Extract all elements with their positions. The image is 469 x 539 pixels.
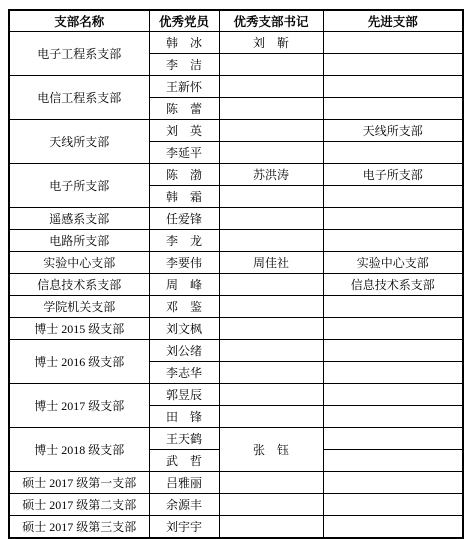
member-cell: 周 峰 <box>149 274 219 296</box>
table-row: 硕士 2017 级第一支部 吕雅丽 <box>9 472 463 494</box>
secretary-cell: 苏洪涛 <box>219 164 323 186</box>
party-branch-award-table: 支部名称 优秀党员 优秀支部书记 先进支部 电子工程系支部 韩 冰 刘 靳 李 … <box>8 9 464 539</box>
table-row: 电子所支部 陈 渤 苏洪涛 电子所支部 <box>9 164 463 186</box>
member-cell: 余源丰 <box>149 494 219 516</box>
member-cell: 李 洁 <box>149 54 219 76</box>
advanced-cell <box>323 428 463 450</box>
member-cell: 王新怀 <box>149 76 219 98</box>
advanced-cell <box>323 208 463 230</box>
branch-name-cell: 电路所支部 <box>9 230 149 252</box>
member-cell: 李 龙 <box>149 230 219 252</box>
table-row: 博士 2015 级支部 刘文枫 <box>9 318 463 340</box>
secretary-cell <box>219 296 323 318</box>
secretary-cell <box>219 362 323 384</box>
advanced-cell <box>323 142 463 164</box>
member-cell: 武 哲 <box>149 450 219 472</box>
advanced-cell: 信息技术系支部 <box>323 274 463 296</box>
secretary-cell <box>219 98 323 120</box>
secretary-cell <box>219 494 323 516</box>
header-outstanding-secretary: 优秀支部书记 <box>219 10 323 32</box>
secretary-cell <box>219 208 323 230</box>
branch-name-cell: 硕士 2017 级第二支部 <box>9 494 149 516</box>
advanced-cell <box>323 296 463 318</box>
member-cell: 陈 蕾 <box>149 98 219 120</box>
member-cell: 刘公绪 <box>149 340 219 362</box>
advanced-cell <box>323 54 463 76</box>
member-cell: 吕雅丽 <box>149 472 219 494</box>
branch-name-cell: 遥感系支部 <box>9 208 149 230</box>
table-row: 电子工程系支部 韩 冰 刘 靳 <box>9 32 463 54</box>
branch-name-cell: 博士 2016 级支部 <box>9 340 149 384</box>
secretary-cell <box>219 384 323 406</box>
branch-name-cell: 学院机关支部 <box>9 296 149 318</box>
advanced-cell <box>323 516 463 539</box>
member-cell: 刘文枫 <box>149 318 219 340</box>
table-row: 学院机关支部 邓 鉴 <box>9 296 463 318</box>
secretary-cell <box>219 340 323 362</box>
member-cell: 任爱锋 <box>149 208 219 230</box>
table-row: 博士 2018 级支部 王天鹤 张 钰 <box>9 428 463 450</box>
table-row: 信息技术系支部 周 峰 信息技术系支部 <box>9 274 463 296</box>
secretary-cell <box>219 516 323 539</box>
branch-name-cell: 电信工程系支部 <box>9 76 149 120</box>
advanced-cell <box>323 494 463 516</box>
table-row: 电路所支部 李 龙 <box>9 230 463 252</box>
advanced-cell <box>323 362 463 384</box>
table-row: 电信工程系支部 王新怀 <box>9 76 463 98</box>
advanced-cell <box>323 98 463 120</box>
advanced-cell: 天线所支部 <box>323 120 463 142</box>
secretary-cell <box>219 318 323 340</box>
member-cell: 李要伟 <box>149 252 219 274</box>
table-row: 遥感系支部 任爱锋 <box>9 208 463 230</box>
advanced-cell <box>323 406 463 428</box>
secretary-cell <box>219 120 323 142</box>
member-cell: 韩 霜 <box>149 186 219 208</box>
header-advanced-branch: 先进支部 <box>323 10 463 32</box>
advanced-cell <box>323 340 463 362</box>
secretary-cell <box>219 76 323 98</box>
advanced-cell <box>323 384 463 406</box>
secretary-cell <box>219 472 323 494</box>
member-cell: 田 锋 <box>149 406 219 428</box>
secretary-cell <box>219 230 323 252</box>
table-row: 博士 2017 级支部 郭昱辰 <box>9 384 463 406</box>
secretary-cell: 张 钰 <box>219 428 323 472</box>
branch-name-cell: 天线所支部 <box>9 120 149 164</box>
advanced-cell <box>323 32 463 54</box>
table-row: 博士 2016 级支部 刘公绪 <box>9 340 463 362</box>
secretary-cell <box>219 274 323 296</box>
advanced-cell <box>323 472 463 494</box>
member-cell: 邓 鉴 <box>149 296 219 318</box>
table-row: 实验中心支部 李要伟 周佳社 实验中心支部 <box>9 252 463 274</box>
secretary-cell <box>219 406 323 428</box>
header-outstanding-member: 优秀党员 <box>149 10 219 32</box>
advanced-cell <box>323 450 463 472</box>
member-cell: 陈 渤 <box>149 164 219 186</box>
member-cell: 郭昱辰 <box>149 384 219 406</box>
member-cell: 李志华 <box>149 362 219 384</box>
member-cell: 王天鹤 <box>149 428 219 450</box>
header-row: 支部名称 优秀党员 优秀支部书记 先进支部 <box>9 10 463 32</box>
branch-name-cell: 实验中心支部 <box>9 252 149 274</box>
branch-name-cell: 硕士 2017 级第三支部 <box>9 516 149 539</box>
member-cell: 韩 冰 <box>149 32 219 54</box>
advanced-cell <box>323 76 463 98</box>
secretary-cell <box>219 186 323 208</box>
table-row: 天线所支部 刘 英 天线所支部 <box>9 120 463 142</box>
branch-name-cell: 硕士 2017 级第一支部 <box>9 472 149 494</box>
advanced-cell: 实验中心支部 <box>323 252 463 274</box>
advanced-cell <box>323 230 463 252</box>
branch-name-cell: 博士 2015 级支部 <box>9 318 149 340</box>
secretary-cell: 周佳社 <box>219 252 323 274</box>
secretary-cell: 刘 靳 <box>219 32 323 54</box>
header-branch-name: 支部名称 <box>9 10 149 32</box>
branch-name-cell: 电子所支部 <box>9 164 149 208</box>
advanced-cell: 电子所支部 <box>323 164 463 186</box>
member-cell: 李延平 <box>149 142 219 164</box>
secretary-cell <box>219 142 323 164</box>
document-page: 支部名称 优秀党员 优秀支部书记 先进支部 电子工程系支部 韩 冰 刘 靳 李 … <box>0 0 469 519</box>
table-row: 硕士 2017 级第二支部 余源丰 <box>9 494 463 516</box>
member-cell: 刘宇宇 <box>149 516 219 539</box>
branch-name-cell: 博士 2018 级支部 <box>9 428 149 472</box>
member-cell: 刘 英 <box>149 120 219 142</box>
advanced-cell <box>323 318 463 340</box>
branch-name-cell: 电子工程系支部 <box>9 32 149 76</box>
branch-name-cell: 信息技术系支部 <box>9 274 149 296</box>
advanced-cell <box>323 186 463 208</box>
branch-name-cell: 博士 2017 级支部 <box>9 384 149 428</box>
secretary-cell <box>219 54 323 76</box>
